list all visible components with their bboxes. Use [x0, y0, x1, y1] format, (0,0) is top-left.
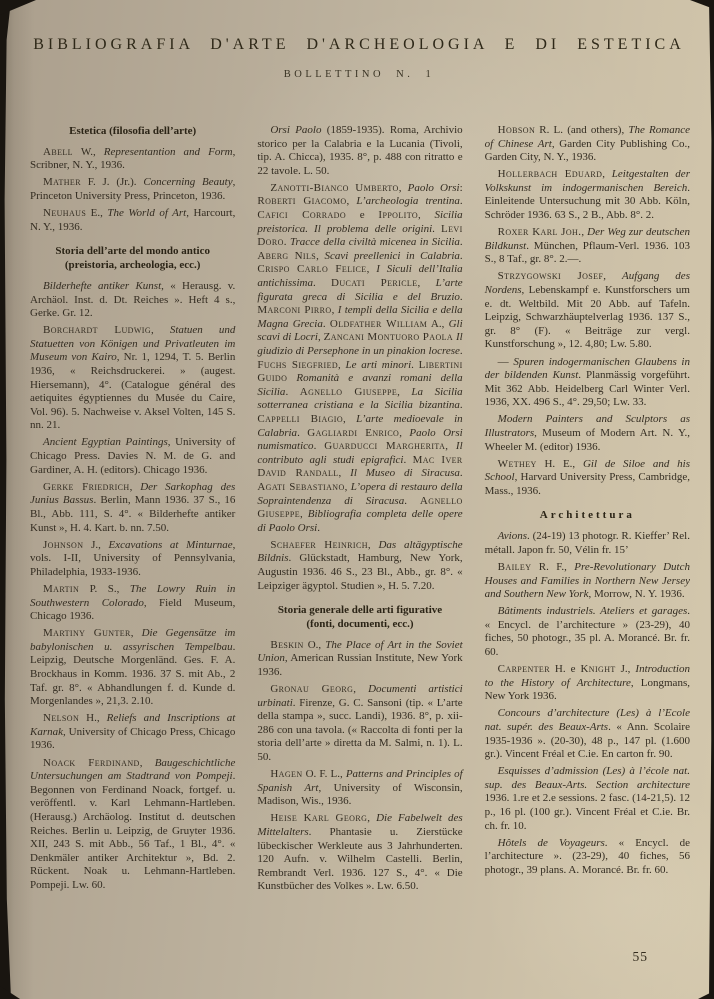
bibliography-entry: Neuhaus E., The World of Art, Harcourt, … — [30, 207, 235, 234]
work-title: Le arti minori — [346, 359, 412, 371]
bibliography-entry: Hobson R. L. (and others), The Romance o… — [485, 124, 690, 165]
entry-text: , — [151, 324, 170, 336]
entry-text: . — [404, 495, 420, 507]
entry-text: , — [131, 627, 142, 639]
author-name: Ippolito — [378, 209, 418, 221]
entry-text: H. e — [550, 663, 581, 675]
work-title: Excavations at Minturnae — [109, 539, 233, 551]
bibliography-entry: Gronau Georg, Documenti artistici urbina… — [257, 683, 462, 765]
bibliography-entry: Bâtiments industriels. Ateliers et garag… — [485, 605, 690, 659]
author-name: Zanotti-Bianco Umberto — [270, 182, 398, 194]
entry-text: , — [347, 195, 357, 207]
section-heading: Storia generale delle arti figurative (f… — [259, 604, 460, 632]
bibliography-entry: Hollerbach Eduard, Leitgestalten der Vol… — [485, 168, 690, 222]
bibliography-entry: Wethey H. E., Gil de Siloe and his Schoo… — [485, 458, 690, 499]
entry-text: R. F., — [531, 561, 574, 573]
entry-text: , — [338, 359, 345, 371]
author-name: Zancani Montuoro Paola — [324, 331, 454, 343]
work-title: Hôtels de Voyageurs — [498, 837, 605, 849]
author-name: Hollerbach Eduard — [498, 168, 603, 180]
entry-text: . — [460, 467, 463, 479]
entry-text: . — [460, 399, 463, 411]
entry-text: . — [297, 427, 307, 439]
bibliography-entry: Mather F. J. (Jr.). Concerning Beauty, P… — [30, 176, 235, 203]
entry-text: , — [300, 508, 308, 520]
bibliography-entry: Esquisses d’admission (Les) à l’école na… — [485, 765, 690, 833]
author-name: Nelson — [43, 712, 79, 724]
entry-text: e — [346, 209, 378, 221]
entry-text: . — [285, 386, 299, 398]
author-name: Borchardt Ludwig — [43, 324, 151, 336]
work-title: Bilderhefte antiker Kunst — [43, 280, 161, 292]
entry-text: . — [411, 359, 418, 371]
work-title: Paolo Orsi — [408, 182, 460, 194]
entry-text: , — [339, 467, 351, 479]
author-name: Ducati Pericle — [331, 277, 418, 289]
entry-text: , — [418, 277, 436, 289]
bibliography-entry: Hagen O. F. L., Patterns and Principles … — [257, 768, 462, 809]
entry-text: J., — [83, 539, 108, 551]
entry-text: : — [460, 182, 463, 194]
page-title: BIBLIOGRAFIA D'ARTE D'ARCHEOLOGIA E DI E… — [14, 36, 704, 54]
entry-text: . — [460, 195, 463, 207]
scan-corner-top-right — [690, 0, 714, 9]
entry-text: , — [140, 757, 155, 769]
author-name: Cappelli Biagio — [257, 413, 343, 425]
author-name: Aberg Nils — [257, 250, 316, 262]
entry-text: , American Russian Institute, New York 1… — [257, 652, 462, 678]
author-name: Knight — [580, 663, 615, 675]
scan-corner-bottom-right — [698, 991, 714, 999]
entry-text: . — [460, 345, 463, 357]
entry-text: 1936. 1.re et 2.e sessions. 2 fasc. (14-… — [485, 792, 690, 831]
entry-text: F. J. (Jr.). — [81, 176, 143, 188]
work-title: Tracce della civiltà micenea in Sicilia — [290, 236, 460, 248]
entry-text: , — [602, 168, 611, 180]
scan-corner-top-left — [0, 0, 36, 15]
scanned-page: BIBLIOGRAFIA D'ARTE D'ARCHEOLOGIA E DI E… — [0, 0, 714, 999]
entry-text: . — [313, 277, 331, 289]
entry-text: O., — [304, 639, 326, 651]
entry-text: , — [399, 427, 409, 439]
entry-text: . — [314, 440, 325, 452]
author-name: Agnello Giuseppe — [300, 386, 397, 398]
work-title: Orsi Paolo — [270, 124, 321, 136]
entry-text: . — [317, 522, 320, 534]
bibliography-entry: Gerke Friedrich, Der Sarkophag des Juniu… — [30, 481, 235, 535]
entry-text: , — [343, 413, 356, 425]
entry-text: , Morrow, N. Y. 1936. — [588, 588, 684, 600]
work-title: L’archeologia trentina — [356, 195, 460, 207]
author-name: Noack Ferdinand — [43, 757, 140, 769]
author-name: Agati Sebastiano — [257, 481, 344, 493]
page-number: 55 — [633, 949, 649, 965]
bibliography-entry: Carpenter H. e Knight J., Introduction t… — [485, 663, 690, 704]
page-header: BIBLIOGRAFIA D'ARTE D'ARCHEOLOGIA E DI E… — [14, 36, 704, 80]
author-name: Oldfather William — [330, 318, 427, 330]
author-name: Strzygowski Josef — [498, 270, 604, 282]
entry-text: , Harvard University Press, Cambridge, M… — [485, 471, 690, 497]
entry-text: E., — [86, 207, 107, 219]
work-title: Il Museo di Siracusa — [350, 467, 460, 479]
author-name: Roxer Karl Joh. — [498, 226, 582, 238]
entry-text: , — [130, 481, 141, 493]
entry-text: J., — [616, 663, 636, 675]
work-title: Esquisses d’admission (Les) à l’école na… — [485, 765, 690, 791]
author-name: Fuchs Siegfried — [257, 359, 338, 371]
section-heading: Estetica (filosofia dell’arte) — [32, 125, 233, 139]
bibliography-column-2: Orsi Paolo (1859-1935). Roma, Archivio s… — [257, 124, 462, 971]
entry-text: , — [399, 182, 408, 194]
author-name: Gagliardi Enrico — [307, 427, 399, 439]
entry-text: . — [403, 454, 412, 466]
author-name: Hagen — [270, 768, 302, 780]
bibliography-entry: Orsi Paolo (1859-1935). Roma, Archivio s… — [257, 124, 462, 178]
bibliography-entry: Martin P. S., The Lowry Ruin in Southwes… — [30, 583, 235, 624]
author-name: Crispo Carlo Felice — [257, 263, 366, 275]
entry-text: , — [367, 263, 377, 275]
bibliography-column-3: Hobson R. L. (and others), The Romance o… — [485, 124, 690, 971]
author-name: Cafici Corrado — [257, 209, 346, 221]
author-name: Wethey — [498, 458, 537, 470]
author-name: Heise Karl Georg — [270, 812, 367, 824]
bibliography-entry: — Spuren indogermanischen Glaubens in de… — [485, 356, 690, 410]
author-name: Gronau Georg — [270, 683, 353, 695]
author-name: Martin — [43, 583, 79, 595]
entry-text: , — [397, 386, 411, 398]
entry-text: . Glückstadt, Hamburg, New York, Augusti… — [257, 552, 462, 591]
bibliography-entry: Roxer Karl Joh., Der Weg zur deutschen B… — [485, 226, 690, 267]
author-name: Schaefer Heinrich — [270, 539, 368, 551]
author-name: Beskin — [270, 639, 303, 651]
scan-edge-left — [0, 0, 11, 999]
section-heading: Architettura — [487, 509, 688, 523]
work-title: Ancient Egyptian Paintings — [43, 436, 168, 448]
bulletin-number: BOLLETTINO N. 1 — [14, 69, 704, 80]
author-name: Martiny Gunter — [43, 627, 131, 639]
entry-text: . — [460, 250, 463, 262]
entry-text: R. L. (and others), — [535, 124, 628, 136]
bibliography-entry: Nelson H., Reliefs and Inscriptions at K… — [30, 712, 235, 753]
entry-text: H. E., — [537, 458, 583, 470]
bibliography-entry: Concours d’architecture (Les) à l’Ecole … — [485, 707, 690, 761]
author-name: Mather — [43, 176, 81, 188]
entry-text: A., — [427, 318, 448, 330]
bibliography-entry: Zanotti-Bianco Umberto, Paolo Orsi: Robe… — [257, 182, 462, 535]
bibliography-entry: Avions. (24-19) 13 photogr. R. Kieffer’ … — [485, 530, 690, 557]
scan-edge-right — [709, 0, 714, 999]
author-name: Marconi Pirro — [257, 304, 331, 316]
entry-text: H., — [79, 712, 107, 724]
author-name: Gerke Friedrich — [43, 481, 130, 493]
bibliography-column-1: Estetica (filosofia dell’arte)Abell W., … — [30, 124, 235, 971]
entry-text: , — [367, 812, 376, 824]
entry-text: O. F. L., — [303, 768, 346, 780]
bibliography-entry: Strzygowski Josef, Aufgang des Nordens, … — [485, 270, 690, 352]
work-title: Bâtiments industriels. Ateliers et garag… — [498, 605, 688, 617]
bibliography-entry: Beskin O., The Place of Art in the Sovie… — [257, 639, 462, 680]
author-name: Abell — [43, 146, 73, 158]
section-heading: Storia dell’arte del mondo antico (preis… — [32, 245, 233, 273]
author-name: Carpenter — [498, 663, 550, 675]
entry-text: , — [353, 683, 368, 695]
bibliography-entry: Abell W., Representantion and Form, Scri… — [30, 146, 235, 173]
entry-text: , — [368, 539, 379, 551]
bibliography-entry: Bailey R. F., Pre-Revolutionary Dutch Ho… — [485, 561, 690, 602]
entry-text: , — [418, 209, 435, 221]
entry-text: . Begonnen von Ferdinand Noack, fortgef.… — [30, 770, 235, 891]
bibliography-entry: Modern Painters and Sculptors as Illustr… — [485, 413, 690, 454]
entry-text: P. S., — [79, 583, 130, 595]
bibliography-entry: Schaefer Heinrich, Das altägyptische Bil… — [257, 539, 462, 593]
entry-text: W., — [73, 146, 104, 158]
entry-text: . — [323, 318, 330, 330]
work-title: The World of Art — [107, 207, 186, 219]
entry-text: . — [460, 236, 463, 248]
work-title: Concerning Beauty — [143, 176, 232, 188]
bibliography-entry: Ancient Egyptian Paintings, University o… — [30, 436, 235, 477]
work-title: Representantion and Form — [104, 146, 233, 158]
work-title: Scavi preellenici in Calabria — [324, 250, 459, 262]
entry-text: , — [445, 440, 456, 452]
bibliography-entry: Johnson J., Excavations at Minturnae, vo… — [30, 539, 235, 580]
bibliography-columns: Estetica (filosofia dell’arte)Abell W., … — [30, 124, 690, 971]
entry-text: . — [460, 291, 463, 303]
bibliography-entry: Heise Karl Georg, Die Fabelwelt des Mitt… — [257, 812, 462, 894]
author-name: Guarducci Margherita — [324, 440, 445, 452]
author-name: Johnson — [43, 539, 83, 551]
entry-text: . — [432, 223, 441, 235]
bibliography-entry: Noack Ferdinand, Baugeschichtliche Unter… — [30, 757, 235, 893]
work-title: Avions — [498, 530, 527, 542]
author-name: Neuhaus — [43, 207, 86, 219]
author-name: Roberti Giacomo — [257, 195, 346, 207]
bibliography-entry: Bilderhefte antiker Kunst, « Herausg. v.… — [30, 280, 235, 321]
bibliography-entry: Martiny Gunter, Die Gegensätze im babylo… — [30, 627, 235, 709]
author-name: Hobson — [498, 124, 535, 136]
author-name: Bailey — [498, 561, 532, 573]
bibliography-entry: Hôtels de Voyageurs. « Encycl. de l’arch… — [485, 837, 690, 878]
bibliography-entry: Borchardt Ludwig, Statuen und Statuetten… — [30, 324, 235, 433]
entry-text: , — [603, 270, 622, 282]
entry-text: — — [498, 356, 514, 368]
